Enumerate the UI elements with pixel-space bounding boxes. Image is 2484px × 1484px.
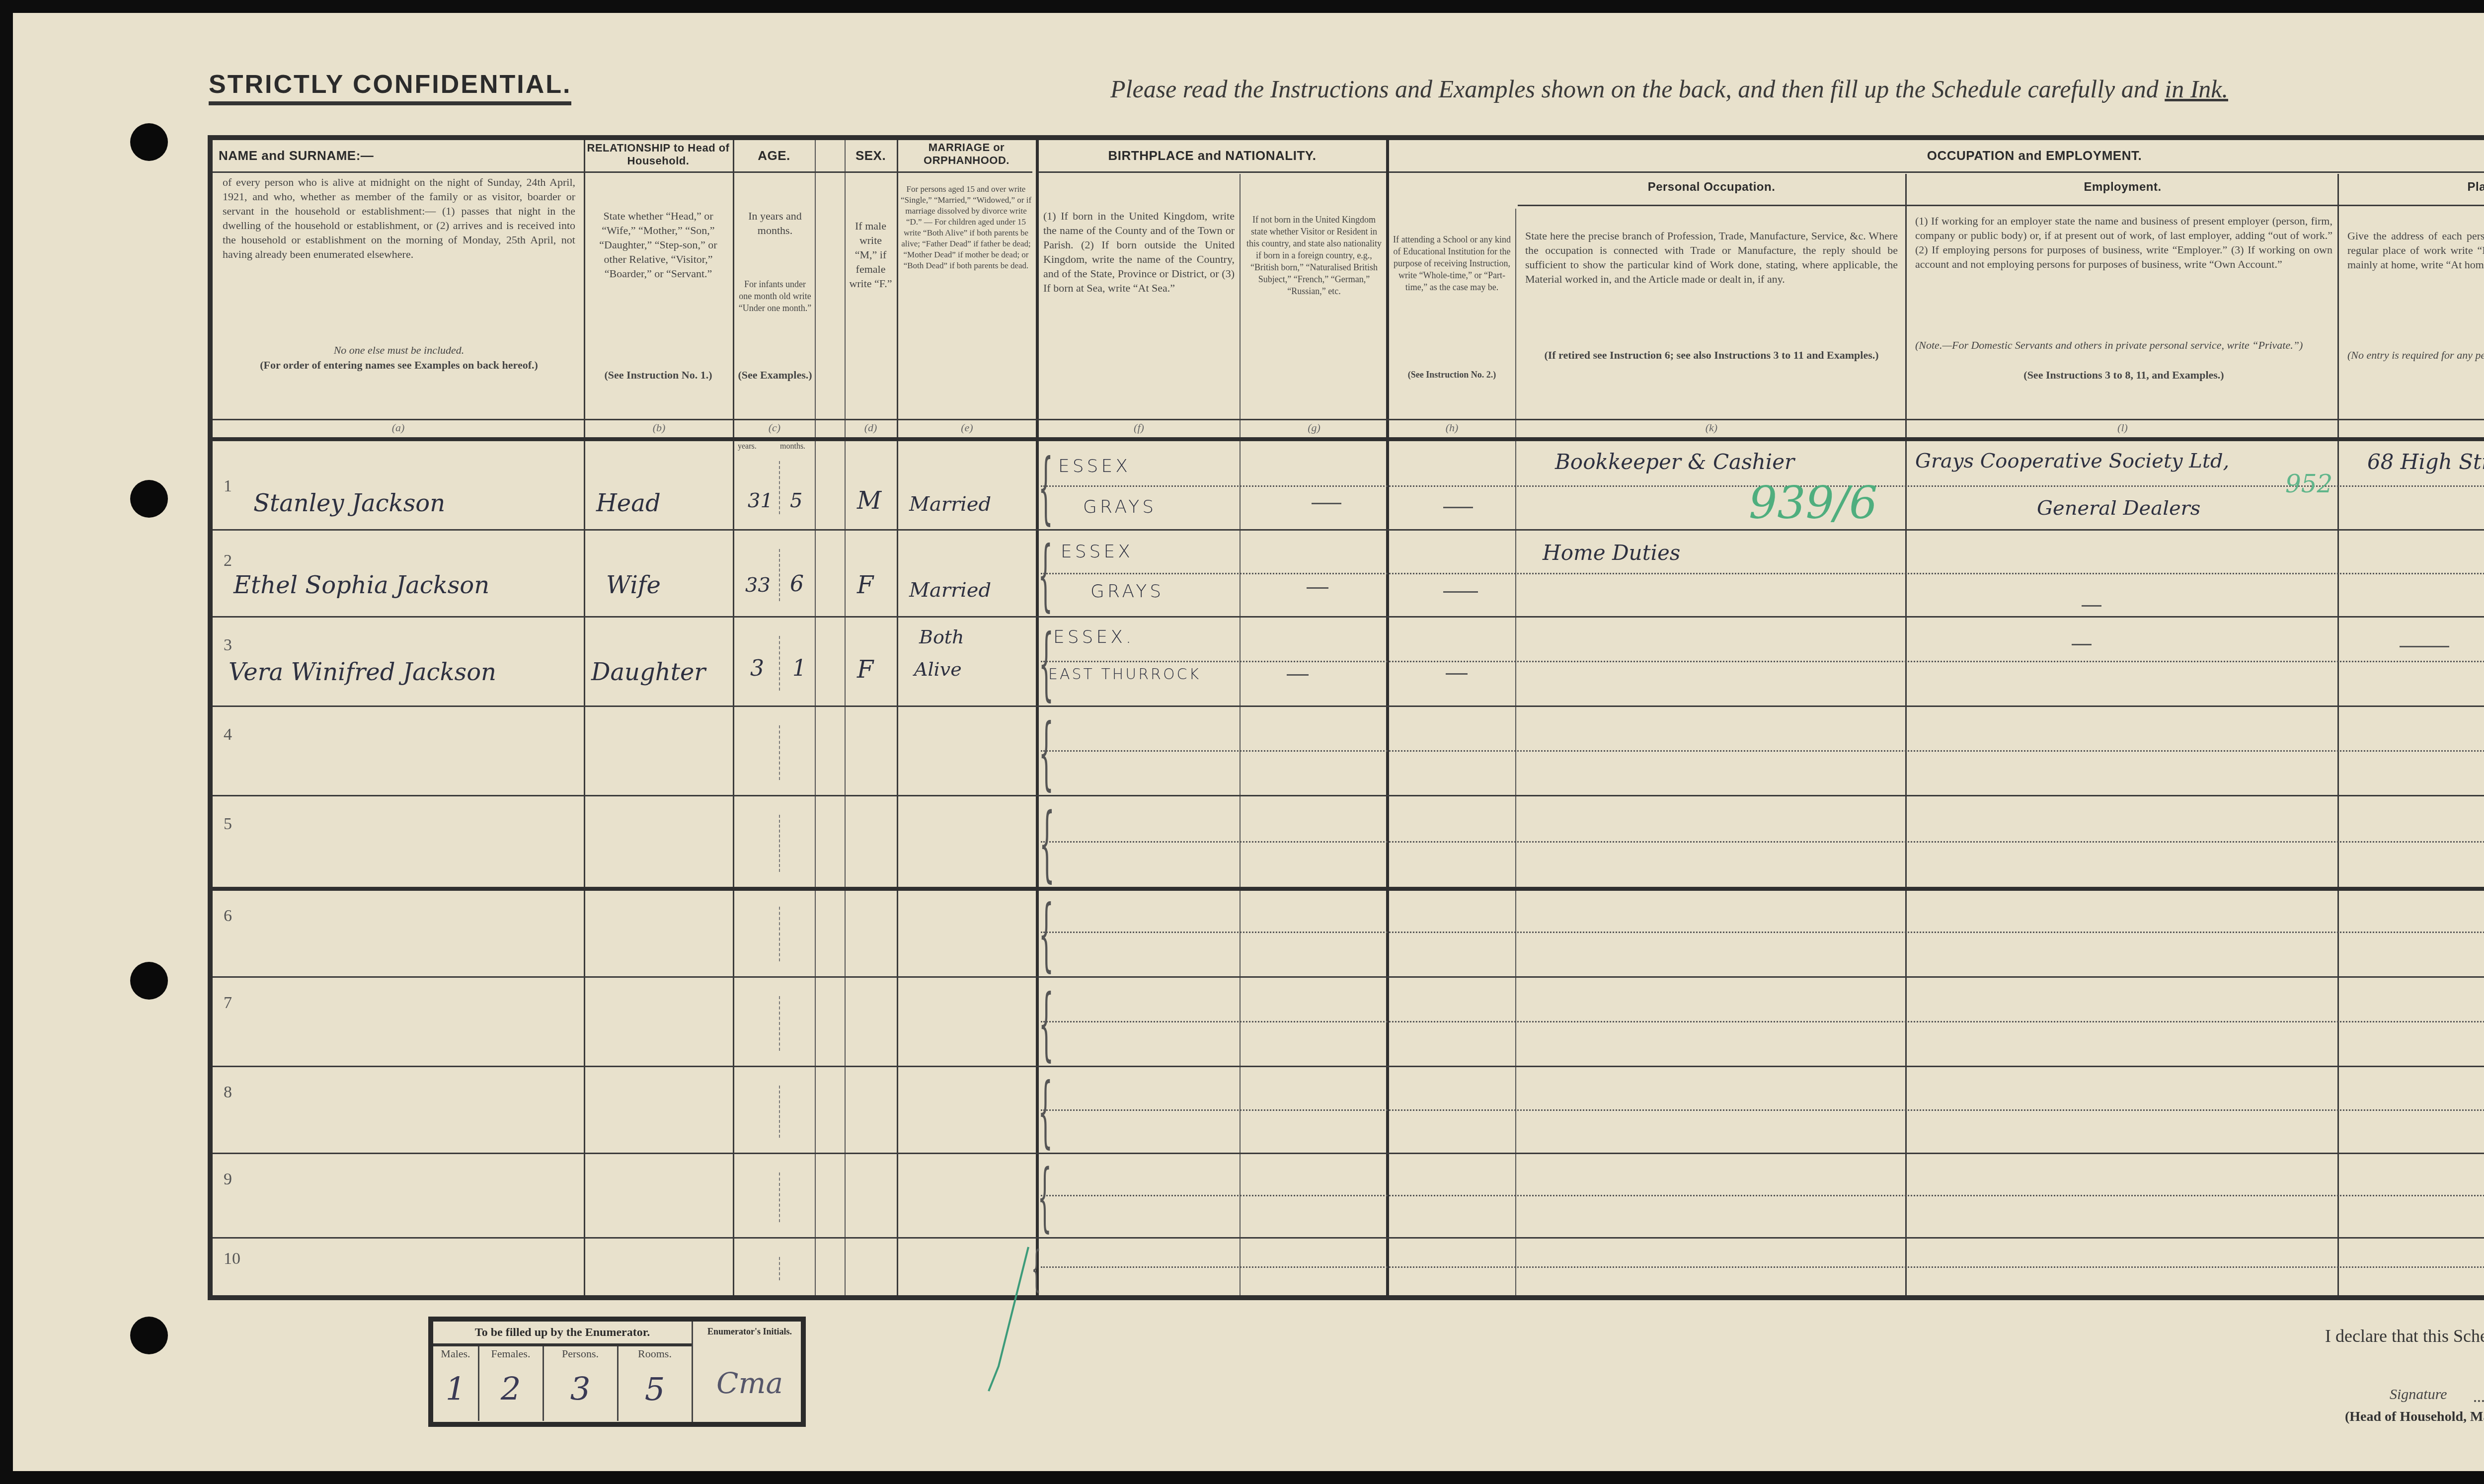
birth-town[interactable]: GRAYS — [1083, 497, 1157, 517]
instruction-emphasis: in Ink. — [2165, 75, 2228, 103]
divider — [1515, 209, 1516, 1295]
birth-town[interactable]: GRAYS — [1090, 581, 1164, 602]
column-letter: (e) — [898, 421, 1036, 434]
relationship-instructions: State whether “Head,” or “Wife,” “Mother… — [589, 209, 728, 281]
row-number: 4 — [224, 725, 232, 744]
column-header-name: NAME and SURNAME:— — [219, 148, 427, 163]
row-divider — [213, 529, 2484, 531]
punch-hole-icon — [130, 1317, 168, 1354]
signature-line — [2474, 1400, 2484, 1402]
row-midline — [1041, 1266, 2484, 1268]
brace-icon: { — [1039, 894, 1054, 974]
signature-note: (Head of Household, Manager of Establish… — [2345, 1409, 2484, 1425]
personal-occupation-see: (If retired see Instruction 6; see also … — [1525, 348, 1898, 362]
employment-dash — [2082, 605, 2101, 607]
instruction-line: Please read the Instructions and Example… — [1110, 75, 2228, 103]
column-header-employment: Employment. — [1908, 180, 2337, 195]
column-header-relationship: RELATIONSHIP to Head of Household. — [585, 142, 731, 167]
age-split-line — [779, 461, 780, 514]
row-midline — [1041, 841, 2484, 843]
employment-note: (Note.—For Domestic Servants and others … — [1915, 338, 2332, 352]
birth-county[interactable]: ESSEX. — [1053, 627, 1134, 647]
column-letter: (g) — [1242, 421, 1386, 434]
column-letter: (m) — [2340, 421, 2484, 434]
females-label: Females. — [479, 1347, 543, 1360]
column-header-personal-occupation: Personal Occupation. — [1518, 180, 1905, 195]
age-split-line — [779, 815, 780, 872]
row-divider — [213, 795, 2484, 796]
row-midline — [1041, 750, 2484, 752]
instruction-text: Please read the Instructions and Example… — [1110, 75, 2165, 103]
personal-occupation[interactable]: Bookkeeper & Cashier — [1555, 450, 1794, 474]
males-label: Males. — [433, 1347, 478, 1360]
employment-dash — [2072, 644, 2092, 645]
row-midline — [1041, 1109, 2484, 1111]
divider — [213, 437, 2484, 441]
age-split-line — [779, 907, 780, 961]
divider — [815, 140, 816, 1295]
brace-icon: { — [1039, 984, 1054, 1063]
brace-icon: { — [1039, 802, 1055, 884]
brace-icon: { — [1038, 537, 1053, 614]
household-schedule-table — [208, 135, 2484, 1300]
column-letter: (b) — [585, 421, 733, 434]
personal-occupation-instructions: State here the precise branch of Profess… — [1525, 229, 1898, 286]
person-age-years[interactable]: 31 — [748, 489, 773, 512]
enumerator-tick-mark — [944, 1242, 1033, 1411]
marriage-instructions: For persons aged 15 and over write “Sing… — [900, 184, 1032, 271]
males-count[interactable]: 1 — [433, 1371, 478, 1408]
brace-icon: { — [1038, 449, 1053, 527]
age-split-line — [779, 1257, 780, 1280]
brace-icon: { — [1038, 1073, 1053, 1150]
punch-hole-icon — [130, 123, 168, 161]
personal-occupation[interactable]: Home Duties — [1543, 541, 1680, 565]
row-divider — [213, 887, 2484, 891]
row-divider — [213, 705, 2484, 707]
divider — [1389, 171, 2484, 173]
nationality-dash — [1287, 674, 1309, 676]
person-age-months[interactable]: 5 — [790, 489, 802, 512]
divider — [733, 140, 734, 1295]
column-letter: (c) — [734, 421, 815, 434]
row-number: 6 — [224, 907, 232, 926]
place-of-work-instructions: Give the address of each person's place … — [2347, 229, 2484, 272]
person-age-months[interactable]: 6 — [790, 571, 804, 597]
brace-icon: { — [1039, 713, 1054, 792]
column-letter: (a) — [213, 421, 584, 434]
age-split-line — [779, 1086, 780, 1138]
divider — [897, 140, 898, 1295]
birth-town[interactable]: EAST THURROCK — [1048, 666, 1201, 683]
person-age-months[interactable]: 1 — [792, 656, 806, 681]
divider — [584, 140, 585, 1295]
person-marriage[interactable]: Married — [909, 579, 991, 602]
age-split-line — [779, 636, 780, 691]
row-number: 9 — [224, 1170, 232, 1189]
row-midline — [1041, 573, 2484, 574]
relationship-see: (See Instruction No. 1.) — [589, 368, 728, 382]
occupation-code: 939/6 — [1749, 477, 1877, 529]
person-marriage[interactable]: Married — [909, 493, 991, 516]
divider — [1386, 140, 1389, 1295]
birthplace-instructions: (1) If born in the United Kingdom, write… — [1043, 209, 1235, 295]
row-number: 5 — [224, 815, 232, 834]
name-order-note: (For order of entering names see Example… — [223, 358, 575, 372]
age-infants-note: For infants under one month old write “U… — [738, 278, 812, 314]
row-number: 1 — [224, 477, 232, 496]
person-relationship[interactable]: Daughter — [591, 658, 705, 686]
row-midline — [1041, 932, 2484, 933]
row-divider — [213, 976, 2484, 978]
column-header-sex: SEX. — [845, 148, 897, 163]
row-number: 2 — [224, 551, 232, 570]
enumerator-initials-label: Enumerator's Initials. — [698, 1327, 802, 1337]
row-divider — [213, 1237, 2484, 1239]
employment-see: (See Instructions 3 to 8, 11, and Exampl… — [1915, 368, 2332, 382]
person-sex[interactable]: F — [857, 571, 873, 599]
persons-label: Persons. — [543, 1347, 617, 1360]
age-years-label: years. — [738, 439, 757, 454]
divider — [1518, 205, 2484, 206]
nationality-instructions: If not born in the United Kingdom state … — [1244, 214, 1384, 297]
punch-hole-icon — [130, 962, 168, 1000]
name-note: No one else must be included. — [223, 343, 575, 357]
brace-icon: { — [1037, 1160, 1052, 1235]
divider — [1905, 174, 1907, 1295]
age-see: (See Examples.) — [738, 368, 812, 382]
column-header-occupation-group: OCCUPATION and EMPLOYMENT. — [1389, 148, 2484, 163]
person-name[interactable]: Vera Winifred Jackson — [229, 658, 496, 686]
person-age-years[interactable]: 33 — [745, 574, 771, 597]
column-header-place-of-work: Place of Work. — [2340, 180, 2484, 195]
age-split-line — [779, 996, 780, 1051]
row-divider — [213, 1153, 2484, 1154]
column-letter: (d) — [845, 421, 897, 434]
employment-instructions: (1) If working for an employer state the… — [1915, 214, 2332, 271]
education-see: (See Instruction No. 2.) — [1391, 368, 1513, 382]
person-sex[interactable]: F — [857, 656, 873, 684]
row-number: 8 — [224, 1083, 232, 1102]
birth-county[interactable]: ESSEX — [1058, 456, 1131, 476]
name-instructions: of every person who is alive at midnight… — [223, 175, 575, 261]
age-months-label: months. — [780, 439, 805, 454]
enumerator-summary-box: To be filled up by the Enumerator. Males… — [428, 1317, 806, 1427]
females-count[interactable]: 2 — [479, 1371, 543, 1408]
signature-label: Signature — [2390, 1386, 2447, 1403]
birth-county[interactable]: ESSEX — [1061, 542, 1133, 562]
age-split-line — [779, 549, 780, 601]
row-divider — [213, 1066, 2484, 1067]
divider — [1038, 171, 1386, 173]
education-dash — [1443, 591, 1478, 593]
place-of-work-note: (No entry is required for any person who… — [2347, 348, 2484, 362]
column-letter: (k) — [1518, 421, 1905, 434]
row-number: 7 — [224, 994, 232, 1013]
employer-business[interactable]: General Dealers — [2037, 497, 2200, 520]
persons-count[interactable]: 3 — [543, 1371, 617, 1408]
declaration-text: I declare that this Schedule is correctl… — [2325, 1326, 2484, 1346]
enumerator-box-heading: To be filled up by the Enumerator. — [433, 1322, 692, 1346]
enumerator-initials[interactable]: Cma — [698, 1366, 802, 1400]
person-relationship[interactable]: Head — [596, 489, 661, 517]
person-name[interactable]: Ethel Sophia Jackson — [233, 571, 489, 599]
divider — [213, 419, 2484, 420]
employer[interactable]: Grays Cooperative Society Ltd, — [1915, 450, 2229, 472]
nationality-dash — [1312, 503, 1341, 504]
education-instructions: If attending a School or any kind of Edu… — [1391, 234, 1513, 293]
age-split-line — [779, 1172, 780, 1222]
age-instructions: In years and months. — [738, 209, 812, 237]
row-midline — [1041, 661, 2484, 662]
divider — [213, 171, 1032, 173]
row-divider — [213, 616, 2484, 618]
brace-icon: { — [1039, 624, 1054, 703]
divider — [845, 140, 846, 1295]
rooms-label: Rooms. — [618, 1347, 692, 1360]
column-letter: (l) — [1908, 421, 2337, 434]
place-dash — [2400, 646, 2449, 647]
column-letter: (h) — [1389, 421, 1515, 434]
column-header-birthplace: BIRTHPLACE and NATIONALITY. — [1038, 148, 1386, 163]
nationality-dash — [1307, 587, 1328, 589]
divider — [692, 1322, 693, 1422]
age-split-line — [779, 725, 780, 780]
person-name[interactable]: Stanley Jackson — [253, 489, 445, 517]
employment-code: 952 — [2285, 469, 2332, 498]
person-age-years[interactable]: 3 — [750, 656, 764, 681]
person-sex[interactable]: M — [857, 487, 881, 515]
page-title: STRICTLY CONFIDENTIAL. — [209, 70, 571, 105]
divider — [2337, 174, 2339, 1295]
rooms-count[interactable]: 5 — [618, 1371, 692, 1408]
punch-hole-icon — [130, 480, 168, 518]
column-header-age: AGE. — [734, 148, 814, 163]
education-dash — [1446, 673, 1468, 675]
column-letter: (f) — [1038, 421, 1240, 434]
divider — [1240, 174, 1241, 1295]
person-relationship[interactable]: Wife — [606, 571, 661, 599]
row-number: 3 — [224, 636, 232, 655]
person-marriage-line2[interactable]: Alive — [914, 658, 962, 680]
row-midline — [1041, 1021, 2484, 1022]
place-of-work[interactable]: 68 High Street — [2367, 450, 2484, 474]
person-marriage-line1[interactable]: Both — [919, 626, 964, 648]
row-midline — [1041, 1195, 2484, 1196]
sex-instructions: If male write “M,” if female write “F.” — [847, 219, 894, 291]
column-header-marriage: MARRIAGE or ORPHANHOOD. — [898, 141, 1035, 167]
row-number: 10 — [224, 1250, 240, 1268]
education-dash — [1443, 507, 1473, 508]
